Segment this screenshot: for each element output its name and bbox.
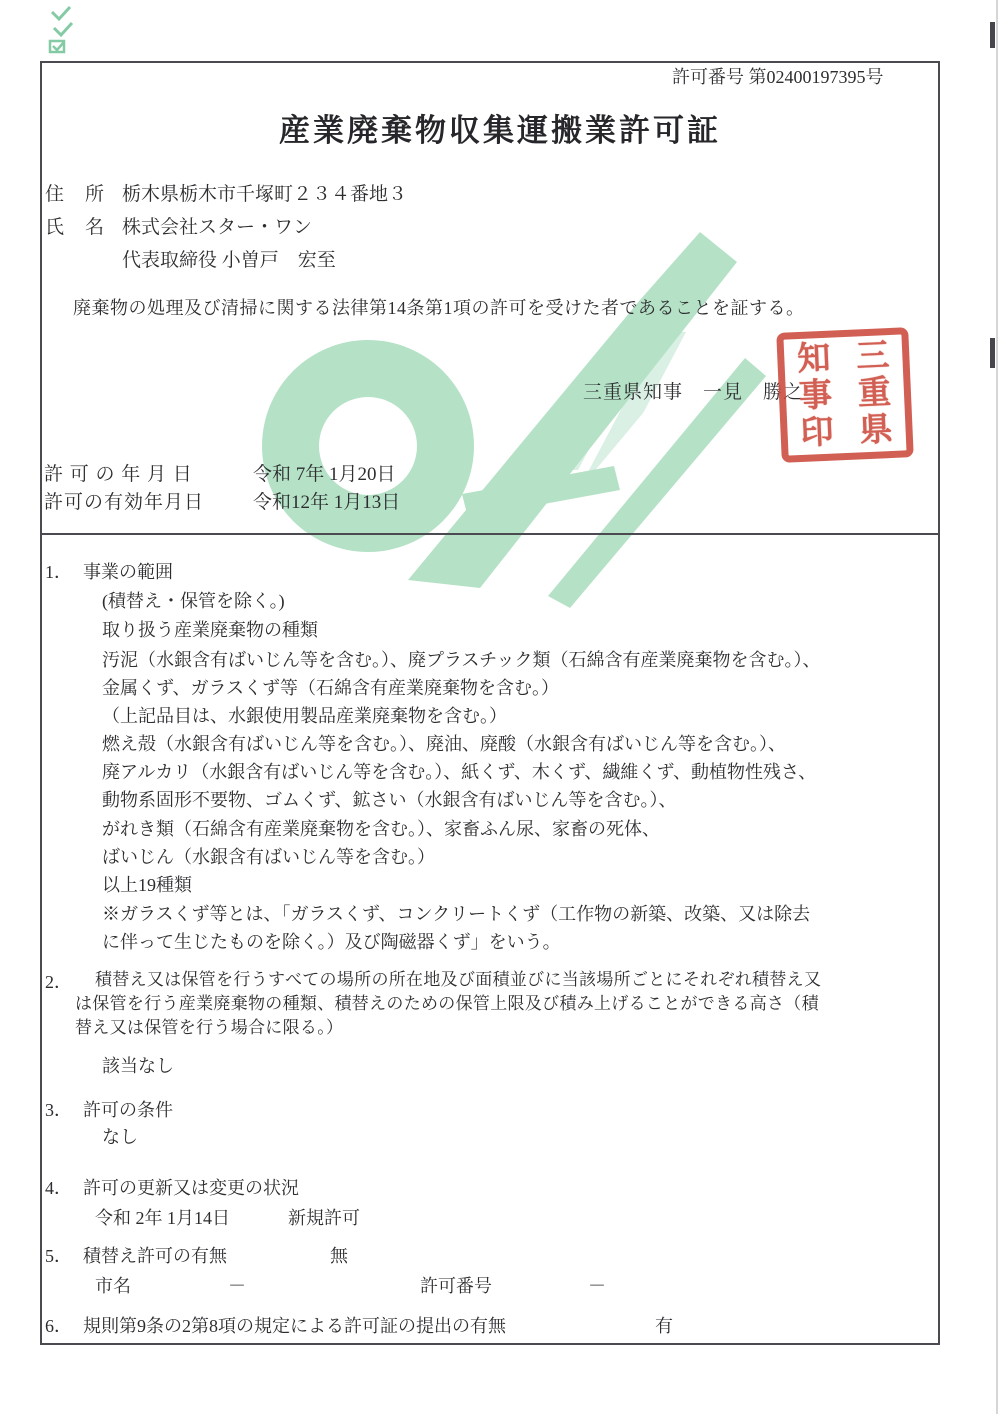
seal-character: 三: [856, 338, 891, 376]
section3-result: なし: [102, 1127, 138, 1149]
section1-line: に伴って生じたものを除く。）及び陶磁器くず」をいう。: [102, 932, 561, 954]
section2-line: は保管を行う産業廃棄物の種類、積替えのための保管上限及び積み上げることができる高…: [75, 994, 819, 1014]
section5-city-label: 市名: [95, 1276, 131, 1298]
seal-character: 県: [859, 411, 894, 449]
permit-date-value: 令和 7年 1月20日: [253, 464, 396, 487]
section1-line: 金属くず、ガラスくず等（石綿含有産業廃棄物を含む。）: [102, 678, 559, 700]
section5-city-value: －: [228, 1276, 246, 1298]
section4-status: 新規許可: [288, 1208, 360, 1230]
company-name: 株式会社スター・ワン: [122, 217, 312, 240]
section1-line: 以上19種類: [102, 875, 192, 897]
permit-number: 許可番号 第02400197395号: [672, 67, 884, 89]
section5-number: 5．: [45, 1246, 72, 1268]
section2-result: 該当なし: [102, 1056, 174, 1078]
seal-right-column: 三 重 県: [856, 338, 894, 450]
seal-character: 重: [857, 375, 892, 413]
section-divider-line: [40, 533, 938, 535]
seal-character: 印: [800, 414, 835, 452]
issuer-governor-name: 三重県知事 一見 勝之: [583, 382, 803, 405]
seal-character: 知: [797, 340, 832, 378]
section5-permit-value: －: [588, 1276, 606, 1298]
seal-character: 事: [798, 377, 833, 415]
section3-number: 3．: [45, 1100, 72, 1122]
section1-line: がれき類（石綿含有産業廃棄物を含む。）、家畜ふん尿、家畜の死体、: [102, 819, 660, 841]
seal-left-column: 知 事 印: [797, 340, 835, 452]
section6-text: 規則第9条の2第8項の規定による許可証の提出の有無: [83, 1316, 506, 1338]
expiry-date-value: 令和12年 1月13日: [253, 492, 400, 515]
governor-seal-stamp: 三 重 県 知 事 印: [776, 327, 914, 463]
section2-number: 2．: [45, 972, 72, 994]
document-content: 許可番号 第02400197395号 産業廃棄物収集運搬業許可証 住 所 栃木県…: [0, 0, 1000, 1414]
expiry-date-label: 許可の有効年月日: [44, 492, 204, 515]
section1-line: 廃アルカリ（水銀含有ばいじん等を含む。）、紙くず、木くず、繊維くず、動植物性残さ…: [102, 762, 816, 784]
section1-line: 取り扱う産業廃棄物の種類: [102, 620, 318, 642]
section1-line: 汚泥（水銀含有ばいじん等を含む。）、廃プラスチック類（石綿含有産業廃棄物を含む。…: [102, 650, 821, 672]
address-value: 栃木県栃木市千塚町２３４番地３: [122, 184, 407, 207]
name-label: 氏 名: [45, 217, 105, 240]
section1-number: 1．: [45, 562, 72, 584]
section1-line: （上記品目は、水銀使用製品産業廃棄物を含む。）: [102, 706, 507, 728]
section1-line: (積替え・保管を除く。): [102, 591, 285, 613]
section1-line: ※ガラスくず等とは、「ガラスくず、コンクリートくず（工作物の新築、改築、又は除去: [102, 904, 810, 926]
section1-heading: 事業の範囲: [83, 562, 173, 584]
section2-line: 積替え又は保管を行うすべての場所の所在地及び面積並びに当該場所ごとにそれぞれ積替…: [95, 970, 821, 990]
page-title: 産業廃棄物収集運搬業許可証: [0, 112, 1000, 149]
address-label: 住 所: [45, 184, 105, 207]
section5-value: 無: [330, 1246, 348, 1268]
certification-statement: 廃棄物の処理及び清掃に関する法律第14条第1項の許可を受けた者であることを証する…: [73, 298, 805, 320]
section6-value: 有: [655, 1316, 673, 1338]
permit-document-page: 許可番号 第02400197395号 産業廃棄物収集運搬業許可証 住 所 栃木県…: [0, 0, 1000, 1414]
section5-heading: 積替え許可の有無: [83, 1246, 227, 1268]
section1-line: ばいじん（水銀含有ばいじん等を含む。）: [102, 847, 435, 869]
representative-name: 代表取締役 小曽戸 宏至: [122, 250, 336, 273]
permit-date-label: 許 可 の 年 月 日: [44, 464, 193, 487]
section4-number: 4．: [45, 1178, 72, 1200]
section6-number: 6．: [45, 1316, 72, 1338]
section3-heading: 許可の条件: [83, 1100, 173, 1122]
section1-line: 燃え殻（水銀含有ばいじん等を含む。）、廃油、廃酸（水銀含有ばいじん等を含む。）、: [102, 734, 786, 756]
section4-heading: 許可の更新又は変更の状況: [83, 1178, 299, 1200]
section5-permit-label: 許可番号: [420, 1276, 492, 1298]
section4-date: 令和 2年 1月14日: [95, 1208, 230, 1230]
section1-line: 動物系固形不要物、ゴムくず、鉱さい（水銀含有ばいじん等を含む。）、: [102, 790, 677, 812]
section2-line: 替え又は保管を行う場合に限る。）: [75, 1018, 343, 1038]
